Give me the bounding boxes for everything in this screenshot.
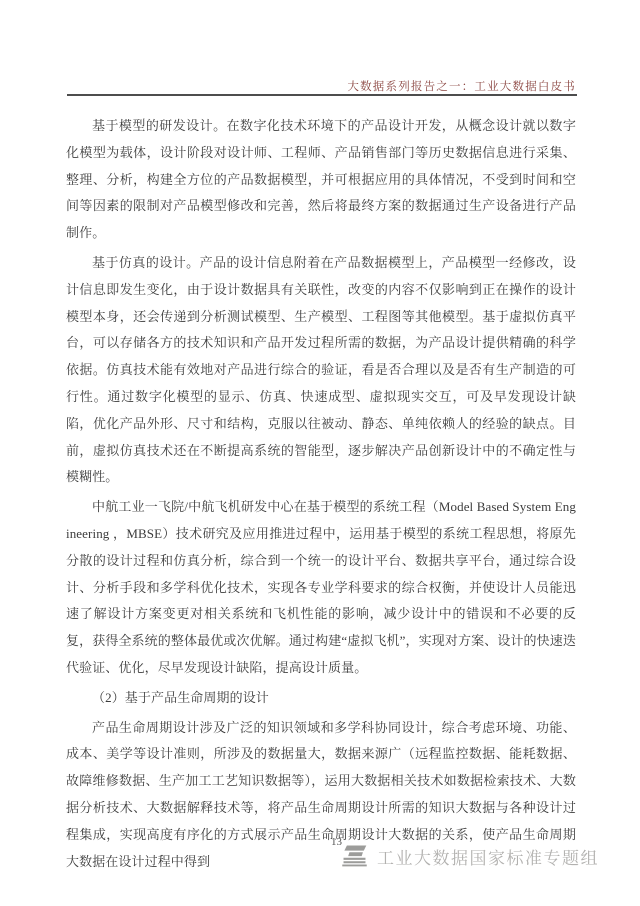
section-heading-lifecycle-design: （2）基于产品生命周期的设计 xyxy=(66,685,576,712)
paragraph-simulation-based-design: 基于仿真的设计。产品的设计信息附着在产品数据模型上，产品模型一经修改，设计信息即… xyxy=(66,250,576,491)
document-body: 基于模型的研发设计。在数字化技术环境下的产品设计开发，从概念设计就以数字化模型为… xyxy=(66,113,576,878)
running-header-title: 大数据系列报告之一：工业大数据白皮书 xyxy=(347,78,576,94)
document-page: 大数据系列报告之一：工业大数据白皮书 基于模型的研发设计。在数字化技术环境下的产… xyxy=(0,0,640,906)
book-stack-icon xyxy=(341,843,368,870)
paragraph-model-based-design: 基于模型的研发设计。在数字化技术环境下的产品设计开发，从概念设计就以数字化模型为… xyxy=(66,113,576,247)
paragraph-avic-mbse-case: 中航工业一飞院/中航飞机研发中心在基于模型的系统工程（Model Based S… xyxy=(66,494,576,682)
footer-logo-text: 工业大数据国家标准专题组 xyxy=(377,844,599,869)
footer-logo: 工业大数据国家标准专题组 xyxy=(341,843,599,870)
header-rule xyxy=(67,94,577,96)
